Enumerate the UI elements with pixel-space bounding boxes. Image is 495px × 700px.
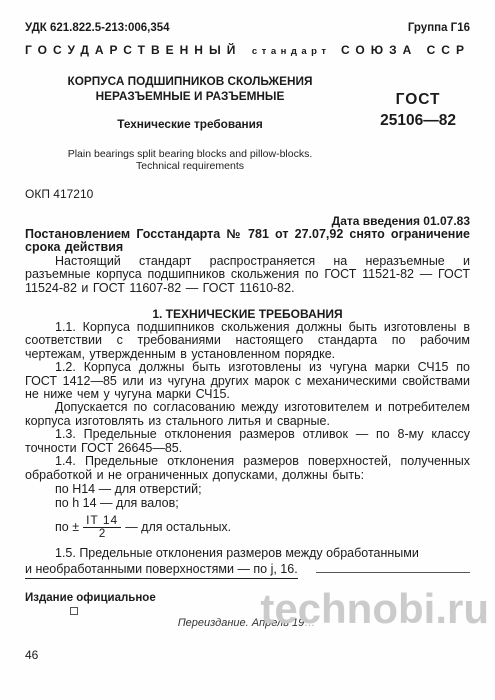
state-standard-line: ГОСУДАРСТВЕННЫЙ стандарт СОЮЗА ССР bbox=[25, 43, 470, 57]
title-block: КОРПУСА ПОДШИПНИКОВ СКОЛЬЖЕНИЯ НЕРАЗЪЕМН… bbox=[25, 74, 470, 172]
registration-mark-icon bbox=[70, 607, 78, 615]
formula-fraction: IT 14 2 bbox=[83, 514, 121, 541]
gost-number: 25106—82 bbox=[380, 112, 456, 130]
paragraph-1-2-note: Допускается по согласованию между изгото… bbox=[25, 401, 470, 428]
paragraph-1-3: 1.3. Предельные отклонения размеров отли… bbox=[25, 428, 470, 455]
watermark-text: technobi.ru bbox=[260, 585, 489, 633]
footnote-rule bbox=[316, 560, 470, 573]
state-standard-word2: стандарт bbox=[252, 46, 331, 57]
document-page: УДК 621.822.5-213:006,354 Группа Г16 ГОС… bbox=[0, 0, 495, 700]
document-title-line1: КОРПУСА ПОДШИПНИКОВ СКОЛЬЖЕНИЯ bbox=[25, 74, 355, 89]
page-number: 46 bbox=[25, 648, 38, 662]
classification-row: УДК 621.822.5-213:006,354 Группа Г16 bbox=[25, 22, 470, 34]
tolerance-formula: по ± IT 14 2 — для остальных. bbox=[55, 514, 470, 541]
okp-code: ОКП 417210 bbox=[25, 187, 470, 201]
paragraph-1-1: 1.1. Корпуса подшипников скольжения долж… bbox=[25, 321, 470, 361]
udk-code: УДК 621.822.5-213:006,354 bbox=[25, 22, 170, 34]
section-1-heading: 1. ТЕХНИЧЕСКИЕ ТРЕБОВАНИЯ bbox=[25, 307, 470, 321]
state-standard-word3: СОЮЗА ССР bbox=[341, 43, 470, 57]
scope-paragraph: Настоящий стандарт распространяется на н… bbox=[25, 255, 470, 295]
resolution-paragraph: Постановлением Госстандарта № 781 от 27.… bbox=[25, 228, 470, 255]
paragraph-1-5-line1: 1.5. Предельные отклонения размеров межд… bbox=[25, 546, 470, 560]
paragraph-1-5-line2: и необработанными поверхностями — по j, … bbox=[25, 562, 298, 579]
paragraph-1-5-line2-row: и необработанными поверхностями — по j, … bbox=[25, 560, 470, 579]
group-code: Группа Г16 bbox=[408, 22, 470, 34]
formula-numerator: IT 14 bbox=[83, 514, 121, 528]
state-standard-word1: ГОСУДАРСТВЕННЫЙ bbox=[25, 43, 241, 57]
tolerance-item-shafts: по h 14 — для валов; bbox=[55, 496, 470, 511]
tolerance-item-holes: по Н14 — для отверстий; bbox=[55, 482, 470, 497]
paragraph-1-2: 1.2. Корпуса должны быть изготовлены из … bbox=[25, 361, 470, 401]
document-title-line2: НЕРАЗЪЕМНЫЕ И РАЗЪЕМНЫЕ bbox=[25, 89, 355, 104]
formula-prefix: по ± bbox=[55, 520, 79, 534]
effective-date: Дата введения 01.07.83 bbox=[25, 214, 470, 228]
english-title-line1: Plain bearings split bearing blocks and … bbox=[25, 148, 355, 160]
gost-designation: ГОСТ 25106—82 bbox=[380, 91, 456, 130]
formula-denominator: 2 bbox=[83, 528, 121, 541]
document-subtitle: Технические требования bbox=[25, 117, 355, 131]
formula-suffix: — для остальных. bbox=[125, 520, 231, 534]
paragraph-1-4: 1.4. Предельные отклонения размеров пове… bbox=[25, 455, 470, 482]
english-title-line2: Technical requirements bbox=[25, 160, 355, 172]
gost-label: ГОСТ bbox=[380, 91, 456, 109]
